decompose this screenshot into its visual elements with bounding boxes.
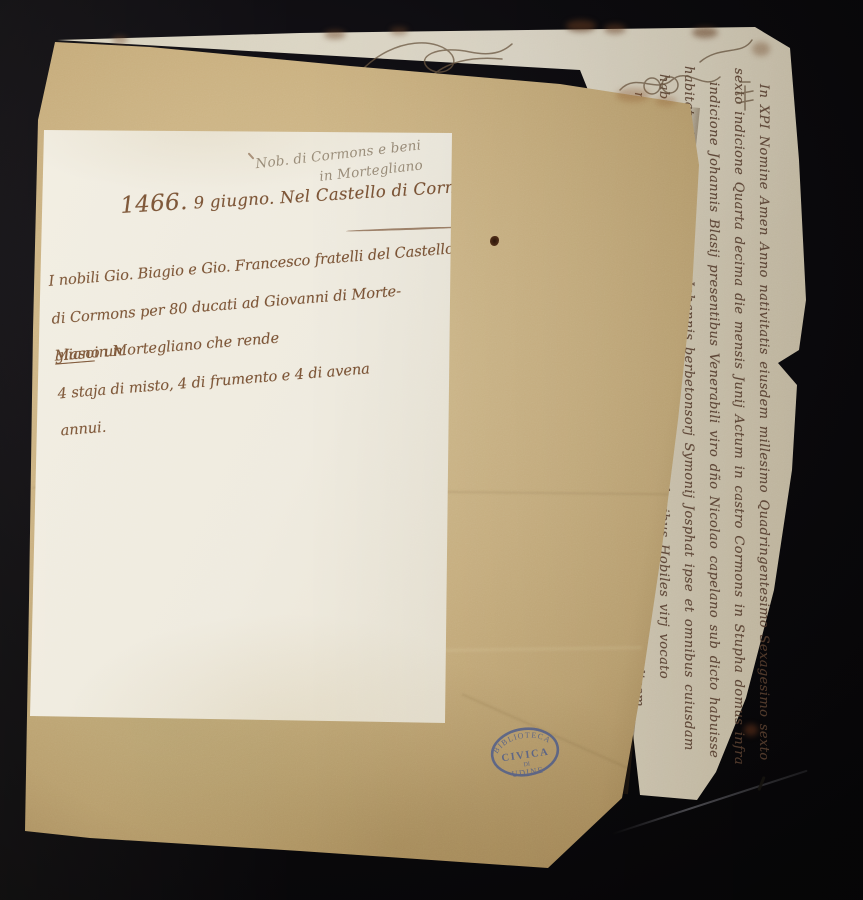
stain (692, 27, 718, 38)
stain (752, 42, 770, 56)
stain (616, 88, 650, 102)
summary-text: I nobili Gio. Biagio e Gio. Francesco fr… (47, 230, 475, 450)
stamp-line4: UDINE (511, 765, 545, 779)
stain (604, 24, 626, 34)
library-stamp: BIBLIOTECA CIVICA DI UDINE (474, 712, 577, 792)
stain (655, 96, 677, 106)
ink-spot (490, 236, 499, 246)
archive-photo: In XPI Nomine Amen Anno nativitatis eius… (0, 0, 863, 900)
paper-label: Nob. di Cormons e beni in Mortegliano 14… (28, 126, 456, 726)
year-text: 1466. (120, 189, 189, 219)
stain (112, 36, 128, 44)
heading-text: 9 giugno. Nel Castello di Cormons (187, 175, 491, 212)
stain (566, 20, 596, 32)
stain (324, 30, 346, 39)
stain (744, 724, 758, 736)
stain (390, 27, 408, 35)
